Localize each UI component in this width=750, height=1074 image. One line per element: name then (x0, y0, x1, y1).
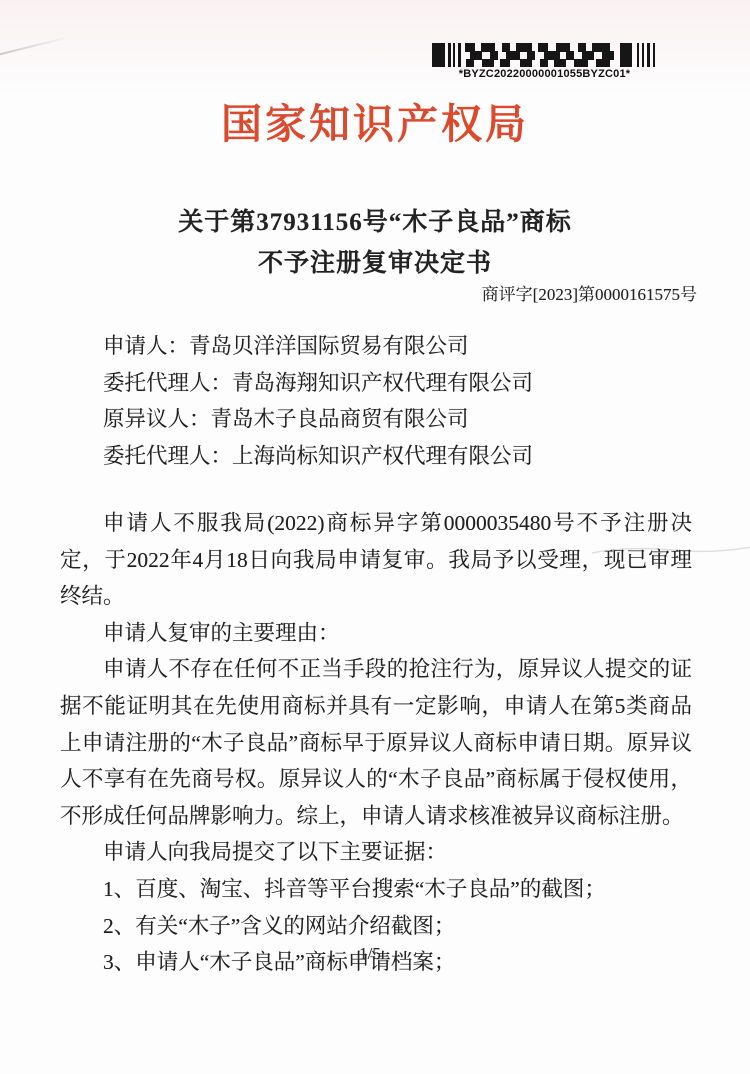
paragraph-applicant-arguments: 申请人不存在任何不正当手段的抢注行为，原异议人提交的证据不能证明其在先使用商标并… (60, 651, 692, 834)
paragraph-evidence-heading: 申请人向我局提交了以下主要证据： (60, 834, 692, 871)
party-line-opponent: 原异议人：青岛木子良品商贸有限公司 (103, 401, 533, 438)
body-text-block: 申请人不服我局(2022)商标异字第0000035480号不予注册决定，于202… (60, 505, 692, 981)
party-line-opponent-agent: 委托代理人：上海尚标知识产权代理有限公司 (103, 438, 533, 475)
paragraph-case-intro: 申请人不服我局(2022)商标异字第0000035480号不予注册决定，于202… (60, 505, 692, 615)
document-title-line2: 不予注册复审决定书 (0, 243, 750, 284)
document-page: *BYZC20220000001055BYZC01* 国家知识产权局 关于第37… (0, 0, 750, 1074)
barcode-text: *BYZC20220000001055BYZC01* (432, 68, 657, 80)
document-title-line1: 关于第37931156号“木子良品”商标 (0, 202, 750, 243)
barcode-image (432, 43, 657, 67)
document-title: 关于第37931156号“木子良品”商标 不予注册复审决定书 (0, 202, 750, 284)
evidence-item-2: 2、有关“木子”含义的网站介绍截图； (60, 908, 692, 945)
evidence-item-1: 1、百度、淘宝、抖音等平台搜索“木子良品”的截图； (60, 871, 692, 908)
barcode: *BYZC20220000001055BYZC01* (432, 43, 657, 80)
page-number: 1/5 (0, 944, 740, 964)
party-line-applicant: 申请人：青岛贝洋洋国际贸易有限公司 (103, 328, 533, 365)
paragraph-reasons-heading: 申请人复审的主要理由： (60, 615, 692, 652)
reference-number: 商评字[2023]第0000161575号 (482, 280, 697, 305)
parties-block: 申请人：青岛贝洋洋国际贸易有限公司 委托代理人：青岛海翔知识产权代理有限公司 原… (103, 328, 533, 474)
party-line-applicant-agent: 委托代理人：青岛海翔知识产权代理有限公司 (103, 365, 533, 402)
crease-mark-top-left (0, 37, 65, 56)
agency-title: 国家知识产权局 (0, 100, 750, 148)
